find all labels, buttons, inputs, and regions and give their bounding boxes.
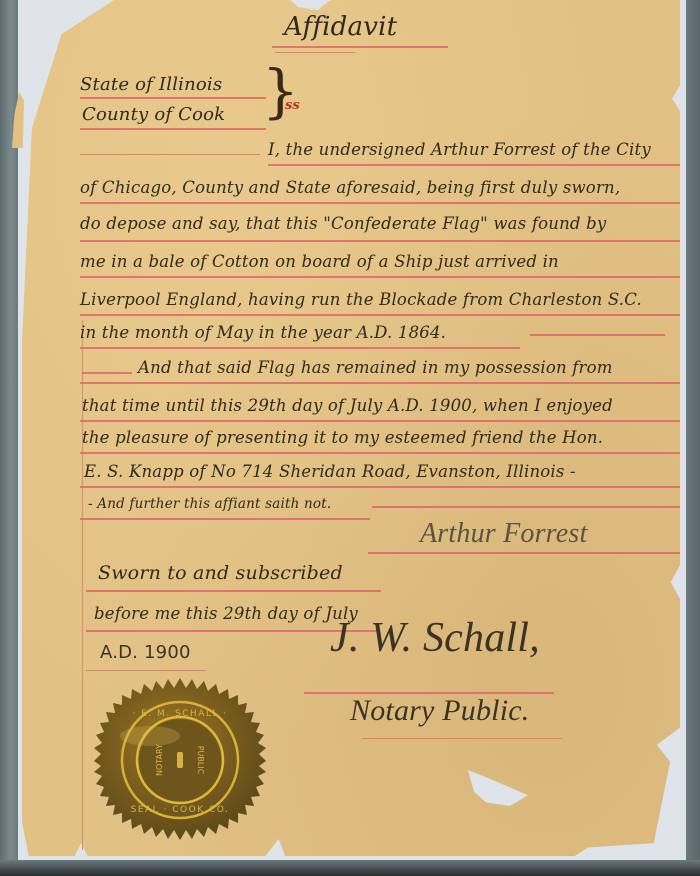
- ruled-line: [80, 97, 266, 99]
- body-line: Liverpool England, having run the Blocka…: [80, 290, 642, 309]
- ruled-line: [80, 240, 680, 242]
- ruled-line: [80, 518, 370, 520]
- jurat-line: Sworn to and subscribed: [98, 562, 343, 584]
- title-underline: [275, 52, 355, 53]
- ruled-line: [80, 420, 680, 422]
- signature-line: [362, 738, 562, 739]
- body-line: that time until this 29th day of July A.…: [82, 396, 613, 415]
- ruled-line: [80, 202, 680, 204]
- ruled-line: [80, 314, 680, 316]
- svg-text:NOTARY: NOTARY: [155, 744, 164, 776]
- jurat-line: A.D. 1900: [100, 642, 191, 663]
- ruled-line: [80, 452, 680, 454]
- affiant-signature: Arthur Forrest: [420, 518, 587, 550]
- scanner-frame-right: [686, 0, 700, 876]
- signature-line: [368, 552, 680, 554]
- ruled-line: [80, 276, 680, 278]
- jurat-line: before me this 29th day of July: [94, 604, 358, 623]
- ruled-line: [530, 334, 665, 336]
- svg-text:PUBLIC: PUBLIC: [196, 746, 205, 775]
- document-title: Affidavit: [284, 12, 397, 42]
- notary-title: Notary Public.: [350, 694, 529, 728]
- ruled-line: [372, 506, 680, 508]
- ruled-line: [86, 590, 381, 592]
- ruled-line: [80, 128, 266, 130]
- ruled-line: [86, 670, 206, 671]
- seal-icon: · E. M. SCHALL · SEAL · COOK CO. NOTARY …: [88, 676, 272, 860]
- ruled-line: [80, 154, 260, 155]
- body-line: of Chicago, County and State aforesaid, …: [80, 178, 620, 197]
- body-line: the pleasure of presenting it to my este…: [82, 428, 603, 447]
- ruled-line: [80, 382, 680, 384]
- svg-text:SEAL · COOK CO.: SEAL · COOK CO.: [131, 805, 230, 815]
- body-line: And that said Flag has remained in my po…: [138, 358, 613, 377]
- body-line: I, the undersigned Arthur Forrest of the…: [268, 140, 651, 159]
- ruled-line: [80, 347, 520, 349]
- title-underline: [272, 46, 448, 48]
- venue-county: County of Cook: [82, 104, 225, 125]
- body-line: me in a bale of Cotton on board of a Shi…: [80, 252, 559, 271]
- ruled-line: [80, 486, 680, 488]
- body-line: - And further this affiant saith not.: [88, 496, 331, 512]
- ruled-line: [82, 372, 132, 374]
- venue-ss: ss: [285, 98, 300, 113]
- body-line: in the month of May in the year A.D. 186…: [80, 323, 446, 342]
- body-line: do depose and say, that this "Confederat…: [80, 214, 606, 233]
- ruled-line: [268, 164, 680, 166]
- venue-state: State of Illinois: [80, 74, 222, 95]
- svg-text:· E. M. SCHALL ·: · E. M. SCHALL ·: [132, 709, 227, 719]
- notary-seal: · E. M. SCHALL · SEAL · COOK CO. NOTARY …: [88, 676, 272, 860]
- scanner-frame-bottom: [0, 860, 700, 876]
- notary-signature: J. W. Schall,: [330, 614, 540, 662]
- body-line: E. S. Knapp of No 714 Sheridan Road, Eva…: [84, 462, 576, 481]
